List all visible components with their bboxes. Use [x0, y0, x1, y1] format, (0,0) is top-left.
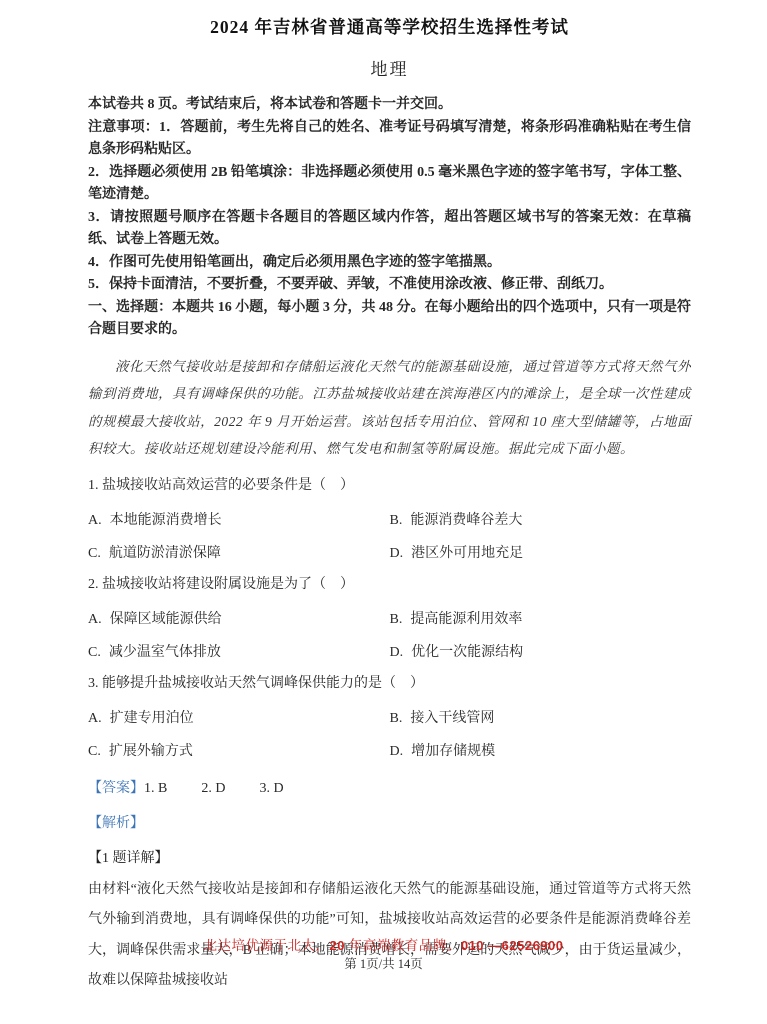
notice-intro: 本试卷共 8 页。考试结束后，将本试卷和答题卡一并交回。	[88, 94, 691, 117]
option-text: 扩建专用泊位	[110, 711, 194, 726]
analysis-label-text: 【解析】	[88, 816, 144, 831]
notice-block: 本试卷共 8 页。考试结束后，将本试卷和答题卡一并交回。 注意事项：1．答题前，…	[88, 94, 691, 342]
page-content: 2024 年吉林省普通高等学校招生选择性考试 地理 本试卷共 8 页。考试结束后…	[0, 0, 767, 997]
option-label: C.	[88, 546, 101, 561]
option-text: 优化一次能源结构	[411, 645, 523, 660]
notice-item-1: 注意事项：1．答题前，考生先将自己的姓名、准考证号码填写清楚，将条形码准确粘贴在…	[88, 117, 691, 162]
answer-line: 【答案】1. B2. D3. D	[88, 777, 691, 797]
option-label: D.	[390, 546, 404, 561]
option-label: A.	[88, 711, 102, 726]
option-row: C.航道防淤清淤保障 D.港区外可用地充足	[88, 542, 691, 562]
option-label: D.	[390, 645, 404, 660]
option-label: A.	[88, 513, 102, 528]
option-label: B.	[390, 612, 403, 627]
option-text: 港区外可用地充足	[411, 546, 523, 561]
option-c: C.航道防淤清淤保障	[88, 542, 390, 562]
notice-item-3: 3．请按照题号顺序在答题卡各题目的答题区域内作答，超出答题区域书写的答案无效：在…	[88, 207, 691, 252]
footer-ad-number: 20	[330, 938, 345, 953]
option-text: 增加存储规模	[411, 744, 495, 759]
option-text: 减少温室气体排放	[109, 645, 221, 660]
footer-ad-text: 北达培优源于北大，	[204, 938, 330, 953]
option-c: C.扩展外输方式	[88, 740, 390, 760]
question-options: A.保障区域能源供给 B.提高能源利用效率 C.减少温室气体排放 D.优化一次能…	[88, 608, 691, 661]
option-a: A.本地能源消费增长	[88, 509, 390, 529]
question-3: 3. 能够提升盐城接收站天然气调峰保供能力的是（ ） A.扩建专用泊位 B.接入…	[88, 674, 691, 760]
option-text: 航道防淤清淤保障	[109, 546, 221, 561]
option-text: 扩展外输方式	[109, 744, 193, 759]
page-number-indicator: 第 1页/共 14页	[0, 954, 767, 972]
option-text: 能源消费峰谷差大	[410, 513, 522, 528]
option-text: 本地能源消费增长	[110, 513, 222, 528]
question-stem: 1. 盐城接收站高效运营的必要条件是（ ）	[88, 476, 691, 496]
option-row: A.扩建专用泊位 B.接入干线管网	[88, 707, 691, 727]
question-stem: 3. 能够提升盐城接收站天然气调峰保供能力的是（ ）	[88, 674, 691, 694]
option-text: 接入干线管网	[410, 711, 494, 726]
analysis-label: 【解析】	[88, 812, 691, 832]
option-label: B.	[390, 711, 403, 726]
option-row: A.本地能源消费增长 B.能源消费峰谷差大	[88, 509, 691, 529]
option-c: C.减少温室气体排放	[88, 641, 390, 661]
option-label: A.	[88, 612, 102, 627]
option-row: C.扩展外输方式 D.增加存储规模	[88, 740, 691, 760]
option-label: C.	[88, 645, 101, 660]
detail-label: 【1 题详解】	[88, 847, 691, 867]
subject-title: 地理	[88, 55, 691, 80]
answer-item-2: 2. D	[201, 781, 225, 796]
footer-phone-number: 010 —62526900	[461, 938, 564, 953]
option-label: B.	[390, 513, 403, 528]
notice-item-2: 2．选择题必须使用 2B 铅笔填涂：非选择题必须使用 0.5 毫米黑色字迹的签字…	[88, 162, 691, 207]
footer-ad-text: 年高端教育品牌。	[345, 938, 461, 953]
section-header: 一、选择题：本题共 16 小题，每小题 3 分，共 48 分。在每小题给出的四个…	[88, 297, 691, 342]
exam-paper-page: 2024 年吉林省普通高等学校招生选择性考试 地理 本试卷共 8 页。考试结束后…	[0, 0, 767, 1024]
answer-item-3: 3. D	[259, 781, 283, 796]
answer-item-1: 1. B	[144, 781, 167, 796]
page-title: 2024 年吉林省普通高等学校招生选择性考试	[88, 14, 691, 39]
question-2: 2. 盐城接收站将建设附属设施是为了（ ） A.保障区域能源供给 B.提高能源利…	[88, 575, 691, 661]
option-row: C.减少温室气体排放 D.优化一次能源结构	[88, 641, 691, 661]
option-text: 提高能源利用效率	[410, 612, 522, 627]
option-row: A.保障区域能源供给 B.提高能源利用效率	[88, 608, 691, 628]
footer-advertisement: 北达培优源于北大，20 年高端教育品牌。010 —62526900	[0, 934, 767, 954]
option-a: A.保障区域能源供给	[88, 608, 390, 628]
option-b: B.提高能源利用效率	[390, 608, 692, 628]
answer-label: 【答案】	[88, 781, 144, 796]
option-text: 保障区域能源供给	[110, 612, 222, 627]
reading-passage: 液化天然气接收站是接卸和存储船运液化天然气的能源基础设施，通过管道等方式将天然气…	[88, 353, 691, 463]
option-b: B.接入干线管网	[390, 707, 692, 727]
question-options: A.本地能源消费增长 B.能源消费峰谷差大 C.航道防淤清淤保障 D.港区外可用…	[88, 509, 691, 562]
question-options: A.扩建专用泊位 B.接入干线管网 C.扩展外输方式 D.增加存储规模	[88, 707, 691, 760]
option-d: D.优化一次能源结构	[390, 641, 692, 661]
option-label: D.	[390, 744, 404, 759]
page-footer: 北达培优源于北大，20 年高端教育品牌。010 —62526900 第 1页/共…	[0, 934, 767, 972]
notice-item-5: 5．保持卡面清洁，不要折叠，不要弄破、弄皱，不准使用涂改液、修正带、刮纸刀。	[88, 274, 691, 297]
option-b: B.能源消费峰谷差大	[390, 509, 692, 529]
option-a: A.扩建专用泊位	[88, 707, 390, 727]
question-1: 1. 盐城接收站高效运营的必要条件是（ ） A.本地能源消费增长 B.能源消费峰…	[88, 476, 691, 562]
option-label: C.	[88, 744, 101, 759]
option-d: D.增加存储规模	[390, 740, 692, 760]
notice-item-4: 4．作图可先使用铅笔画出，确定后必须用黑色字迹的签字笔描黑。	[88, 252, 691, 275]
question-stem: 2. 盐城接收站将建设附属设施是为了（ ）	[88, 575, 691, 595]
option-d: D.港区外可用地充足	[390, 542, 692, 562]
